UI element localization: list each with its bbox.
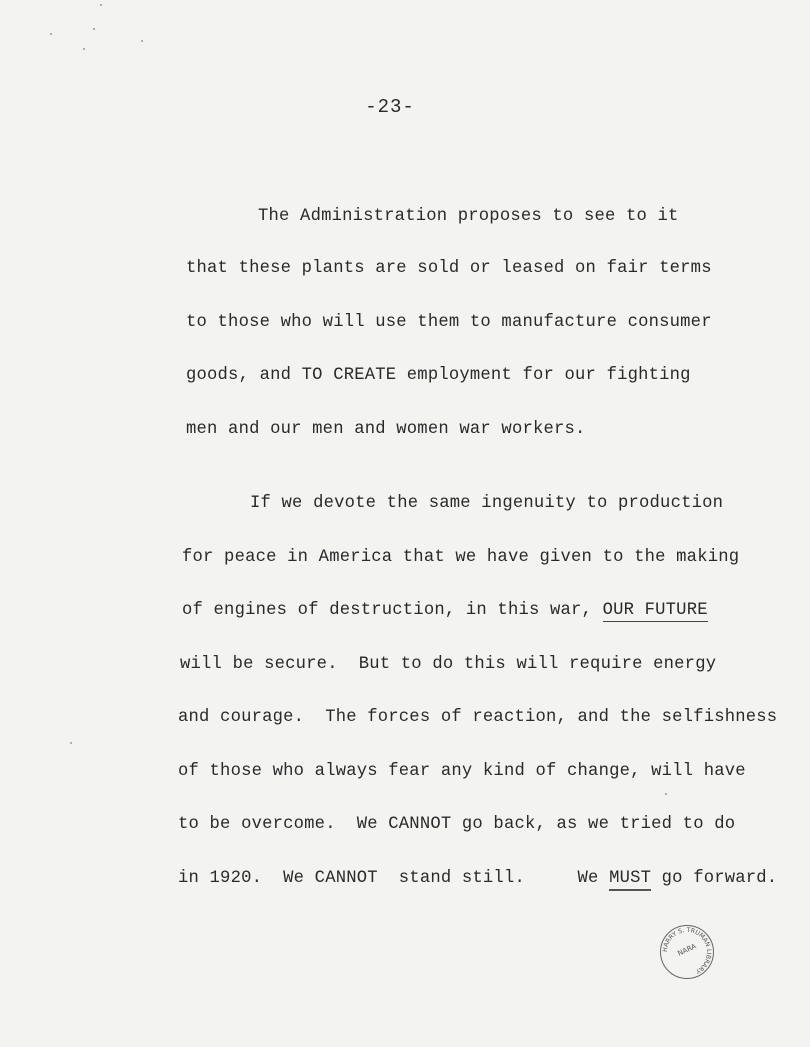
text-line: The Administration proposes to see to it [258,207,679,227]
text-line: to be overcome. We CANNOT go back, as we… [178,815,735,835]
text-fragment: in 1920. We CANNOT stand still. We [178,869,609,888]
text-line: that these plants are sold or leased on … [186,259,712,279]
page-number: -23- [0,96,780,118]
paper-speck [70,742,72,744]
text-line: of those who always fear any kind of cha… [178,762,746,782]
text-line: for peace in America that we have given … [182,548,739,568]
paper-speck [83,48,85,50]
paper-speck [50,33,52,35]
text-line: to those who will use them to manufactur… [186,313,712,333]
text-line: in 1920. We CANNOT stand still. We MUST … [178,869,777,889]
text-fragment: go forward. [651,869,777,888]
text-line: and courage. The forces of reaction, and… [178,708,777,728]
text-line: men and our men and women war workers. [186,420,586,440]
text-line: will be secure. But to do this will requ… [180,655,716,675]
paper-speck [141,40,143,42]
text-line: If we devote the same ingenuity to produ… [250,494,723,514]
text-line: of engines of destruction, in this war, … [182,601,708,621]
archive-stamp: HARRY S. TRUMAN LIBRARY NARA [660,925,714,979]
paper-speck [665,793,667,795]
paper-speck [100,4,102,6]
text-fragment: of engines of destruction, in this war, [182,601,603,620]
underlined-word: MUST [609,869,651,891]
underlined-phrase: OUR FUTURE [603,601,708,622]
text-line: goods, and TO CREATE employment for our … [186,366,691,386]
paper-speck [93,28,95,30]
